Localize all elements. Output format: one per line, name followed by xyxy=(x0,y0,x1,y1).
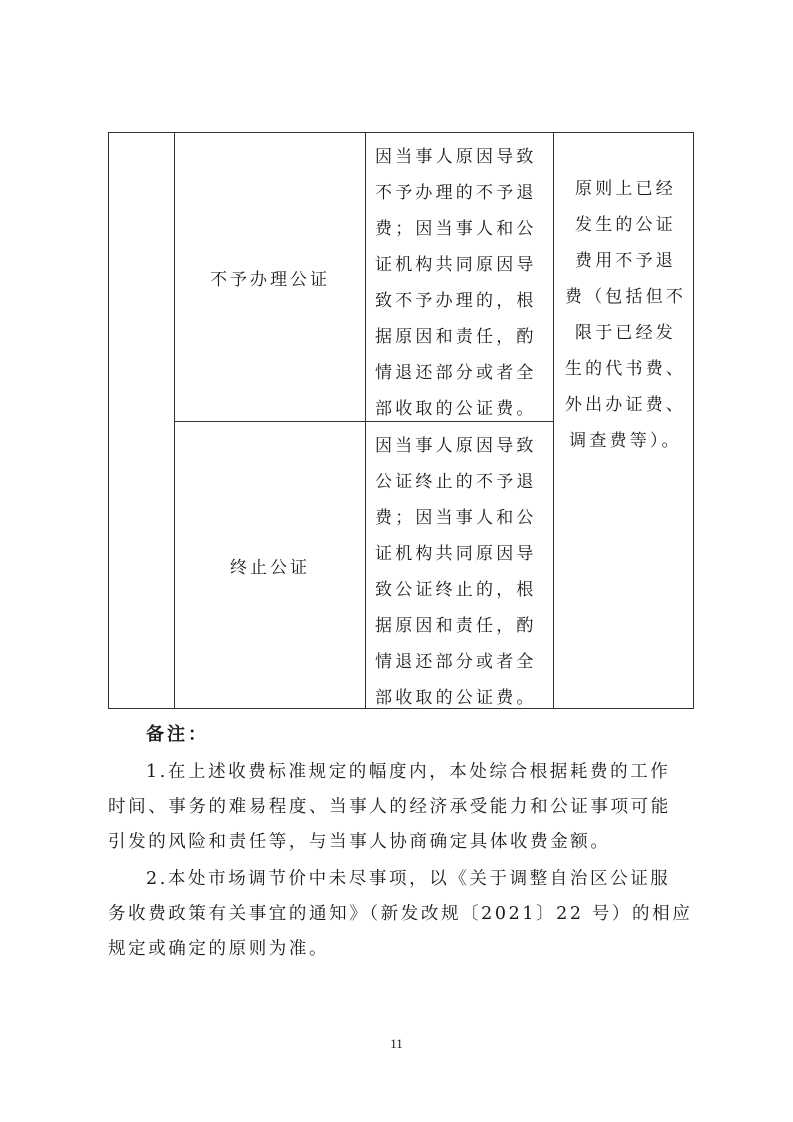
description-line: 费；因当事人和公 xyxy=(375,500,553,536)
paragraph-line: 2.本处市场调节价中未尽事项，以《关于调整自治区公证服 xyxy=(108,862,694,897)
description-line: 致公证终止的，根 xyxy=(375,572,553,608)
remark-paragraph-1: 1.在上述收费标准规定的幅度内，本处综合根据耗费的工作 时间、事务的难易程度、当… xyxy=(108,755,694,860)
description-line: 据原因和责任，酌 xyxy=(375,319,553,355)
description-line: 据原因和责任，酌 xyxy=(375,608,553,644)
description-line: 致不予办理的，根 xyxy=(375,283,553,319)
paragraph-line: 1.在上述收费标准规定的幅度内，本处综合根据耗费的工作 xyxy=(108,755,694,790)
description-line: 不予办理的不予退 xyxy=(375,175,553,211)
description-line: 因当事人原因导致 xyxy=(375,139,553,175)
note-line: 外出办证费、 xyxy=(558,387,693,423)
note-line: 发生的公证 xyxy=(558,207,693,243)
note-line: 调查费等）。 xyxy=(558,423,693,459)
table-cell-description-refuse: 因当事人原因导致 不予办理的不予退 费；因当事人和公 证机构共同原因导 致不予办… xyxy=(366,133,553,421)
remark-paragraph-2: 2.本处市场调节价中未尽事项，以《关于调整自治区公证服 务收费政策有关事宜的通知… xyxy=(108,862,694,967)
table-cell-item-terminate-notarization: 终止公证 xyxy=(175,422,365,708)
table-cell-description-terminate: 因当事人原因导致 公证终止的不予退 费；因当事人和公 证机构共同原因导 致公证终… xyxy=(366,422,553,708)
paragraph-line: 引发的风险和责任等，与当事人协商确定具体收费金额。 xyxy=(108,825,694,860)
document-page: 不予办理公证 因当事人原因导致 不予办理的不予退 费；因当事人和公 证机构共同原… xyxy=(0,0,793,1122)
description-line: 公证终止的不予退 xyxy=(375,464,553,500)
table-cell-item-refuse-notarization: 不予办理公证 xyxy=(175,133,365,421)
description-line: 证机构共同原因导 xyxy=(375,536,553,572)
item-label: 终止公证 xyxy=(230,553,310,578)
note-line: 费（包括但不 xyxy=(558,279,693,315)
item-label: 不予办理公证 xyxy=(210,265,330,290)
remarks-heading: 备注： xyxy=(146,720,209,746)
paragraph-line: 务收费政策有关事宜的通知》（新发改规〔2021〕22 号）的相应 xyxy=(108,897,694,932)
note-line: 费用不予退 xyxy=(558,243,693,279)
fee-refund-table: 不予办理公证 因当事人原因导致 不予办理的不予退 费；因当事人和公 证机构共同原… xyxy=(108,132,694,709)
note-line: 原则上已经 xyxy=(558,171,693,207)
page-number: 11 xyxy=(0,1036,793,1052)
description-line: 情退还部分或者全 xyxy=(375,644,553,680)
description-line: 部收取的公证费。 xyxy=(375,680,553,716)
note-line: 生的代书费、 xyxy=(558,351,693,387)
description-line: 情退还部分或者全 xyxy=(375,355,553,391)
table-cell-shared-note: 原则上已经 发生的公证 费用不予退 费（包括但不 限于已经发 生的代书费、 外出… xyxy=(554,133,693,708)
paragraph-line: 时间、事务的难易程度、当事人的经济承受能力和公证事项可能 xyxy=(108,790,694,825)
paragraph-line: 规定或确定的原则为准。 xyxy=(108,932,694,967)
description-line: 证机构共同原因导 xyxy=(375,247,553,283)
note-line: 限于已经发 xyxy=(558,315,693,351)
description-line: 因当事人原因导致 xyxy=(375,428,553,464)
description-line: 费；因当事人和公 xyxy=(375,211,553,247)
